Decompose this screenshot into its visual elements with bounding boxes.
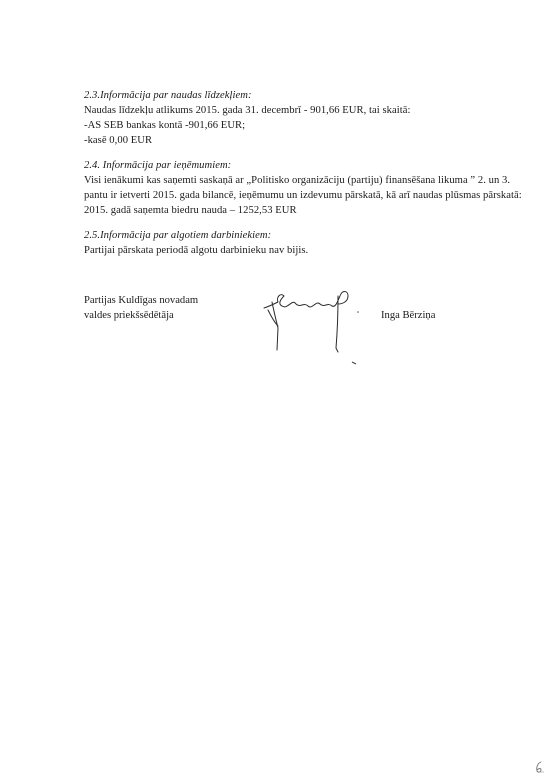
section-text-line: pantu ir ietverti 2015. gada bilancē, ie… <box>84 189 522 203</box>
section-text-line: -AS SEB bankas kontā -901,66 EUR; <box>84 119 245 133</box>
section-text-line: Naudas līdzekļu atlikums 2015. gada 31. … <box>84 104 410 118</box>
document-page: 2.3.Informācija par naudas līdzekļiem: N… <box>0 0 553 782</box>
section-text-line: Visi ienākumi kas saņemti saskaņā ar „Po… <box>84 174 510 188</box>
signer-title-line2: valdes priekšsēdētāja <box>84 308 174 323</box>
section-text-line: Partijai pārskata periodā algotu darbini… <box>84 244 308 258</box>
section-text-line: -kasē 0,00 EUR <box>84 134 152 148</box>
section-text-line: 2015. gadā saņemta biedru nauda – 1252,5… <box>84 204 297 218</box>
handwritten-signature-icon <box>262 288 372 368</box>
section-heading-cash: 2.3.Informācija par naudas līdzekļiem: <box>84 89 252 103</box>
section-heading-employees: 2.5.Informācija par algotiem darbiniekie… <box>84 229 271 243</box>
section-heading-income: 2.4. Informācija par ieņēmumiem: <box>84 159 231 173</box>
signer-name: Inga Bērziņa <box>381 308 435 323</box>
handwritten-page-number-icon <box>532 760 546 774</box>
signer-title-line1: Partijas Kuldīgas novadam <box>84 293 198 308</box>
